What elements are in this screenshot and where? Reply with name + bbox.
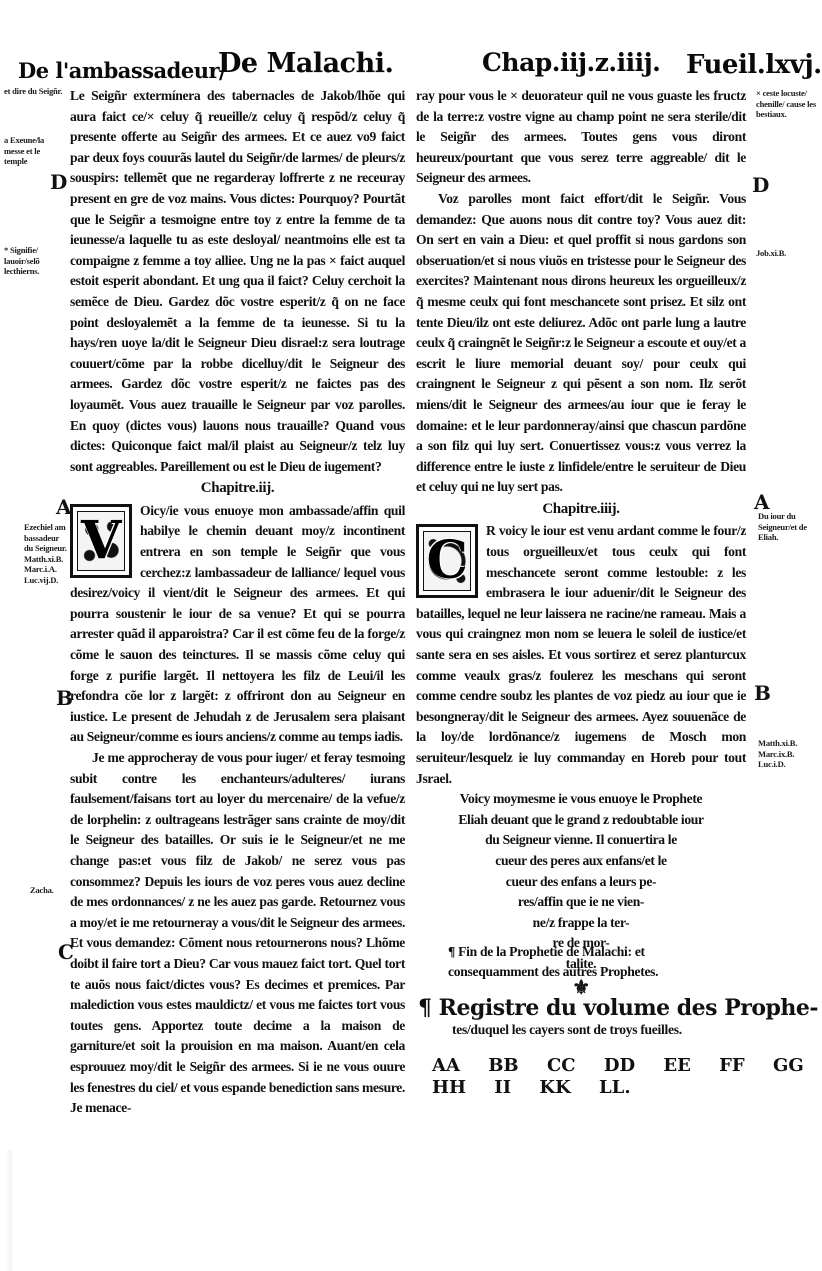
pilcrow-icon: ¶ [418,995,432,1021]
margin-note-right: Du iour du Seigneur/et de Eliah. [758,511,820,543]
colophon-text: Fin de la Prophetie de Malachi: et conse… [448,944,658,979]
book-page: De l'ambassadeur/ De Malachi. Chap.iij.z… [0,0,822,1271]
register-signatures-row-2: HH II KK LL. [432,1077,653,1098]
closing-line: res/affin que ie ne vien- [416,892,746,913]
decorated-initial-v: V [70,504,132,578]
margin-note-left: a Exeune/la messe et le temple [4,135,64,167]
section-letter-a: A [56,497,72,517]
margin-note-right: × ceste locuste/ chenille/ cause les bes… [756,88,822,120]
left-paragraph-3: Je me approcheray de vous pour iuger/ et… [70,748,405,1119]
margin-note-right: Matth.xi.B. Marc.ix.B. Luc.i.D. [758,738,814,770]
section-letter-d: D [752,175,769,195]
closing-line: ne/z frappe la ter- [416,913,746,934]
section-letter-a: A [754,492,770,512]
margin-note-left: Ezechiel am bassadeur du Seigneur. Matth… [24,522,68,585]
signature-mark: EE [663,1055,690,1076]
scan-edge-shadow [6,1150,14,1271]
register-title: ¶ Registre du volume des Prophe- [418,995,748,1021]
running-head-left: De l'ambassadeur/ [18,58,226,83]
register-subtitle: tes/duquel les cayers sont de troys fuei… [452,1022,752,1038]
signature-mark: FF [719,1055,745,1076]
signature-mark: AA [432,1055,460,1076]
pilcrow-icon: ¶ [448,944,455,959]
margin-note-left: et dire du Seigñr. [4,86,64,97]
section-letter-b: B [56,688,73,708]
signature-mark: LL. [599,1077,631,1098]
section-letter-c: C [58,942,74,962]
margin-note-left: Zacha. [30,885,70,896]
signature-mark: II [494,1077,511,1098]
signature-mark: GG [773,1055,804,1076]
signature-mark: KK [539,1077,570,1098]
signature-mark: BB [488,1055,518,1076]
left-paragraph-1: Le Seigñr extermínera des tabernacles de… [70,86,405,477]
margin-note-right: Job.xi.B. [756,248,816,259]
colophon: ¶ Fin de la Prophetie de Malachi: et con… [448,942,738,982]
closing-line: cueur des enfans a leurs pe- [416,872,746,893]
signature-mark: HH [432,1077,466,1098]
closing-line: Eliah deuant que le grand z redoubtable … [416,810,746,831]
section-letter-d: D [50,172,67,192]
section-letter-b: B [754,683,771,703]
chapter-3-heading: Chapitre.iij. [70,478,405,499]
register-title-text: Registre du volume des Prophe- [439,995,818,1021]
right-column: ray pour vous le × deuorateur quil ne vo… [416,86,746,999]
register-signatures-row-1: AA BB CC DD EE FF GG [432,1055,822,1076]
margin-note-left: * Signifie/ lauoir/selõ lecthierns. [4,245,66,277]
closing-line: cueur des peres aux enfans/et le [416,851,746,872]
right-paragraph-2: Voz parolles mont faict effort/dit le Se… [416,189,746,498]
decorated-initial-c: C [416,524,478,598]
initial-letter: V [73,511,129,571]
chapter-4-heading: Chapitre.iiij. [416,499,746,520]
right-paragraph-1: ray pour vous le × deuorateur quil ne vo… [416,86,746,189]
running-head-chapter: Chap.iij.z.iiij. [482,48,660,77]
signature-mark: CC [547,1055,576,1076]
left-column: Le Seigñr extermínera des tabernacles de… [70,86,405,1119]
initial-letter: C [419,531,475,591]
closing-line: du Seigneur vienne. Il conuertira le [416,830,746,851]
closing-line: Voicy moymesme ie vous enuoye le Prophet… [416,789,746,810]
running-head-folio: Fueil.lxvj. [686,50,822,80]
signature-mark: DD [604,1055,635,1076]
running-head-book-title: De Malachi. [218,48,393,79]
